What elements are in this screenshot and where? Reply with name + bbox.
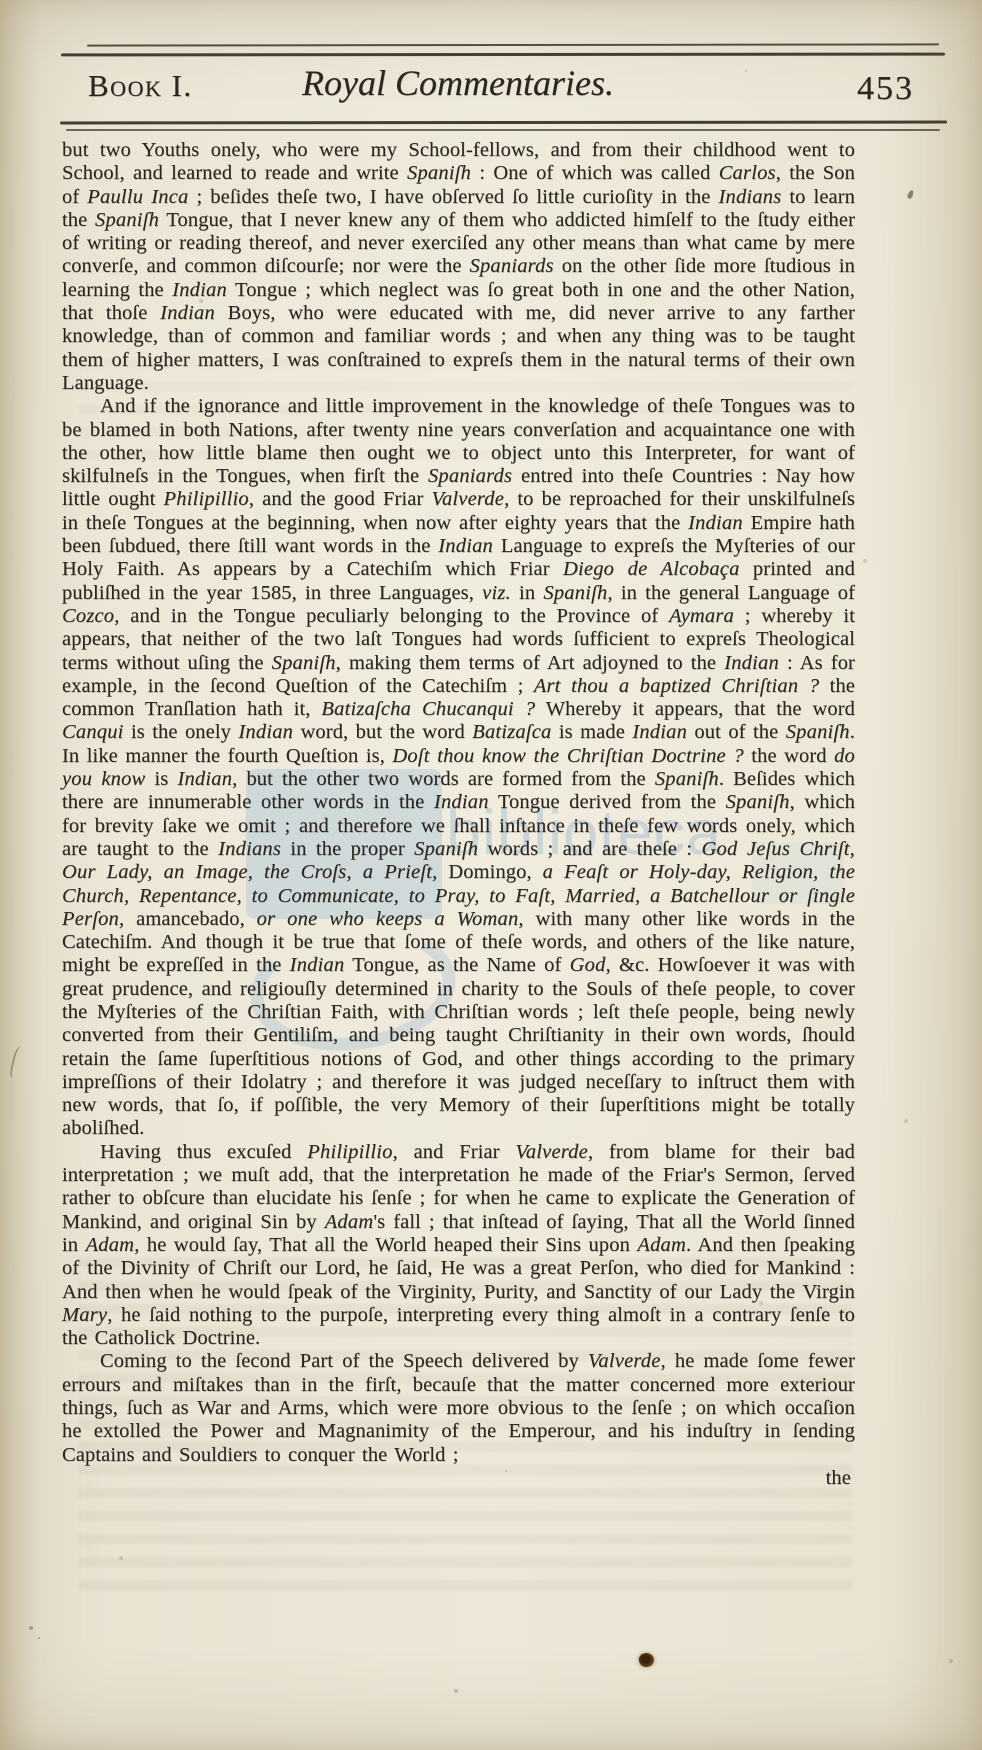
italic-text-run: Spaniſh xyxy=(407,162,471,184)
italic-text-run: Doſt thou know the Chriſtian Doctrine ? xyxy=(392,745,743,767)
text-run: Whereby it appears, that the word xyxy=(535,698,855,720)
paragraph: Coming to the ſecond Part of the Speech … xyxy=(62,1350,855,1466)
italic-text-run: Our Lady, an Image, the Croſs, a Prieſt, xyxy=(62,861,437,883)
text-run: in the proper xyxy=(281,838,414,860)
text-run: , and Friar xyxy=(393,1141,516,1163)
text-run: Tongue derived from the xyxy=(489,791,726,813)
text-run: , &c. Howſoever it was with great pruden… xyxy=(62,954,855,1139)
italic-text-run: Spaniſh xyxy=(272,652,336,674)
italic-text-run: Valverde xyxy=(588,1350,661,1372)
italic-text-run: Indian xyxy=(724,652,779,674)
text-run: is the onely xyxy=(124,721,239,743)
text-run: words ; and are theſe : xyxy=(478,838,701,860)
text-run: is xyxy=(145,768,177,790)
italic-text-run: Indian xyxy=(172,279,227,301)
text-run: word, but the word xyxy=(293,721,472,743)
italic-text-run: Spaniards xyxy=(470,255,554,277)
italic-text-run: Indian xyxy=(438,535,493,557)
italic-text-run: or one who keeps a Woman, xyxy=(257,908,524,930)
italic-text-run: Indians xyxy=(218,838,281,860)
page-title: Royal Commentaries. xyxy=(282,62,634,104)
paragraph: And if the ignorance and little improvem… xyxy=(62,395,855,1141)
italic-text-run: Indian xyxy=(632,721,687,743)
text-run: amancebado, xyxy=(124,908,256,930)
text-run: , he ſaid nothing to the purpoſe, interp… xyxy=(62,1304,855,1349)
italic-text-run: Philipillio xyxy=(307,1141,392,1163)
italic-text-run: Spaniſh xyxy=(786,721,850,743)
italic-text-run: Philipillio xyxy=(164,488,249,510)
text-run: , he would ſay, That all the World heape… xyxy=(134,1234,637,1256)
italic-text-run: Indian xyxy=(434,791,489,813)
italic-text-run: Indian xyxy=(177,768,232,790)
head-rule-lower xyxy=(66,129,940,131)
italic-text-run: God xyxy=(570,954,606,976)
paper-speckles xyxy=(0,0,2,2)
book-label: Book I. xyxy=(88,68,193,104)
text-run: Having thus excuſed xyxy=(100,1141,307,1163)
text-run: : One of which was called xyxy=(471,162,719,184)
top-rule-upper xyxy=(87,43,939,46)
italic-text-run: Mary xyxy=(62,1304,107,1326)
italic-text-run: Spaniards xyxy=(428,465,512,487)
body-text: but two Youths onely, who were my School… xyxy=(62,139,855,1490)
italic-text-run: Indian xyxy=(290,954,345,976)
italic-text-run: Carlos xyxy=(719,162,776,184)
italic-text-run: Indians xyxy=(718,186,781,208)
text-run: is made xyxy=(551,721,632,743)
top-rule-lower xyxy=(61,53,945,56)
italic-text-run: Spaniſh xyxy=(543,582,607,604)
italic-text-run: Adam xyxy=(637,1234,686,1256)
italic-text-run: Indian xyxy=(688,512,743,534)
ink-spot-blemish xyxy=(637,1651,655,1668)
italic-text-run: Indian xyxy=(238,721,293,743)
text-run: , and in the Tongue peculiarly belonging… xyxy=(114,605,669,627)
text-run: , and the good Friar xyxy=(249,488,432,510)
italic-text-run: Canqui xyxy=(62,721,124,743)
italic-text-run: God Jeſus Chriſt, xyxy=(702,838,855,860)
italic-text-run: Cozco xyxy=(62,605,114,627)
italic-text-run: Spaniſh xyxy=(414,838,478,860)
italic-text-run: Indian xyxy=(160,302,215,324)
text-run: , in the general Language of xyxy=(607,582,855,604)
italic-text-run: Batizaſcha Chucanqui ? xyxy=(321,698,535,720)
paragraph: Having thus excuſed Philipillio, and Fri… xyxy=(62,1141,855,1351)
text-run: ; beſides theſe two, I have obſerved ſo … xyxy=(189,186,719,208)
paragraph: but two Youths onely, who were my School… xyxy=(62,139,855,395)
paragraph-container: but two Youths onely, who were my School… xyxy=(62,139,855,1467)
page-number: 453 xyxy=(857,70,914,108)
book-page-scan: Book I. Royal Commentaries. 453 bibliote… xyxy=(0,0,982,1750)
italic-text-run: Batizaſca xyxy=(472,721,551,743)
text-run: in xyxy=(511,582,544,604)
italic-text-run: Paullu Inca xyxy=(87,186,188,208)
text-run: , making them terms of Art adjoyned to t… xyxy=(336,652,725,674)
text-run: Tongue, as the Name of xyxy=(344,954,569,976)
catchword: the xyxy=(62,1467,855,1490)
text-run: , but the other two words are formed fro… xyxy=(232,768,655,790)
text-run: the word xyxy=(744,745,834,767)
italic-text-run: Spaniſh xyxy=(726,791,790,813)
italic-text-run: Adam xyxy=(86,1234,135,1256)
margin-pencil-mark xyxy=(8,1045,28,1081)
text-run: Coming to the ſecond Part of the Speech … xyxy=(100,1350,588,1372)
italic-text-run: Valverde xyxy=(515,1141,588,1163)
head-rule-upper xyxy=(60,121,947,125)
italic-text-run: Spaniſh xyxy=(655,768,719,790)
margin-speck xyxy=(907,189,915,199)
italic-text-run: viz. xyxy=(482,582,511,604)
italic-text-run: Spaniſh xyxy=(95,209,159,231)
italic-text-run: Adam xyxy=(325,1211,374,1233)
italic-text-run: Diego de Alcobaça xyxy=(563,558,740,580)
text-run: Domingo, xyxy=(437,861,542,883)
italic-text-run: Aymara xyxy=(669,605,734,627)
text-run: out of the xyxy=(687,721,786,743)
italic-text-run: Art thou a baptized Chriſtian ? xyxy=(534,675,819,697)
italic-text-run: Valverde xyxy=(432,488,505,510)
